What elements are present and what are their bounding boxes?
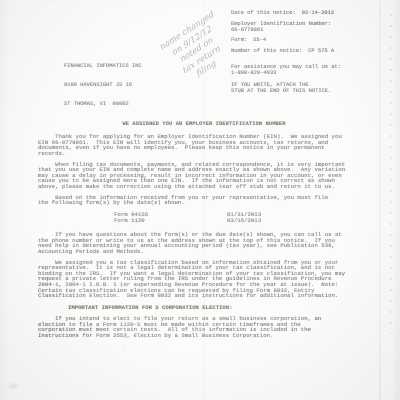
write-attach-note: IF YOU WRITE, ATTACH THE STUB AT THE END…	[231, 83, 331, 94]
scan-fold-line	[204, 0, 205, 400]
notice-number-value: CP 575 A	[302, 48, 334, 54]
scan-smudge-bottom-left	[6, 382, 20, 390]
recipient-address: FINANCIAL INFOMATICS INC 9100 HAVENSIGHT…	[64, 50, 142, 120]
recipient-street: 9100 HAVENSIGHT JS 16	[64, 82, 142, 88]
scan-edge-streak	[379, 0, 381, 400]
form-due-date: 03/15/2013	[227, 217, 261, 224]
scanned-irs-notice-letter: CINCINNATI OH 45999-0023 Date of this no…	[0, 0, 400, 400]
notice-date-line: Date of this notice:02-14-2012	[231, 10, 334, 16]
recipient-name: FINANCIAL INFOMATICS INC	[64, 63, 142, 69]
form-name: Form 1120	[114, 217, 145, 224]
scan-edge-dashes	[390, 14, 392, 334]
notice-date-value: 02-14-2012	[296, 10, 334, 16]
scan-smudge-mid	[122, 344, 126, 350]
recipient-city: ST THOMAS, VI 00802	[64, 101, 142, 107]
return-address: CINCINNATI OH 45999-0023	[47, 0, 130, 2]
assistance-phone: 1-800-829-4933	[231, 70, 276, 76]
notice-date-label: Date of this notice:	[231, 10, 296, 16]
